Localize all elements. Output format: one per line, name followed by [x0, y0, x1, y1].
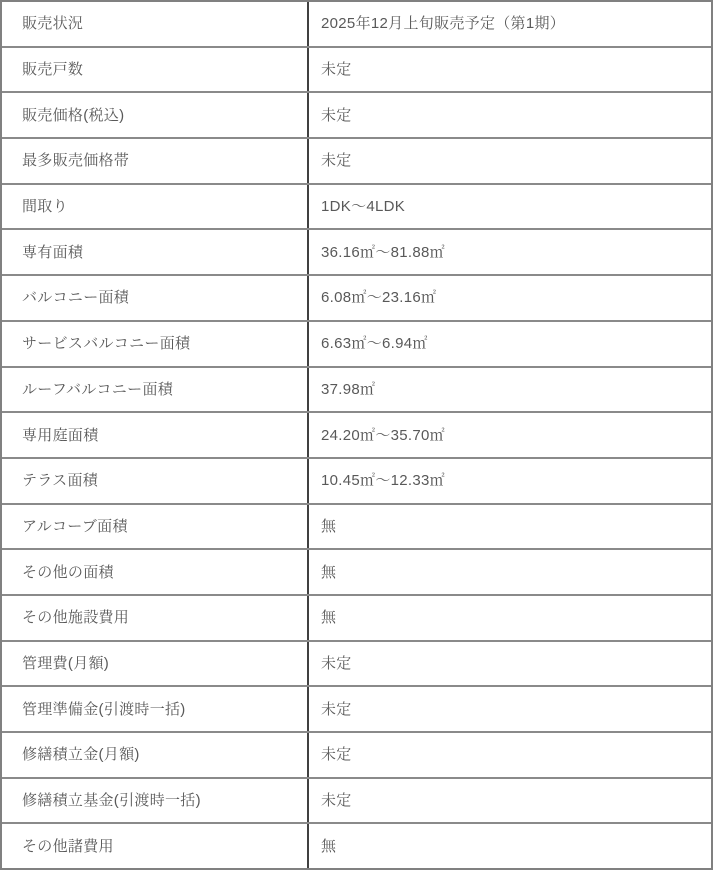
- row-label: ルーフバルコニー面積: [2, 368, 309, 412]
- table-row: ルーフバルコニー面積 37.98㎡: [2, 368, 711, 414]
- row-value: 1DK〜4LDK: [309, 185, 711, 229]
- table-row: その他諸費用 無: [2, 824, 711, 868]
- table-row: その他施設費用 無: [2, 596, 711, 642]
- row-label: 管理費(月額): [2, 642, 309, 686]
- row-label: その他諸費用: [2, 824, 309, 868]
- row-label: 専用庭面積: [2, 413, 309, 457]
- table-row: テラス面積 10.45㎡〜12.33㎡: [2, 459, 711, 505]
- row-value: 6.08㎡〜23.16㎡: [309, 276, 711, 320]
- row-label: 最多販売価格帯: [2, 139, 309, 183]
- table-row: 管理準備金(引渡時一括) 未定: [2, 687, 711, 733]
- table-row: アルコーブ面積 無: [2, 505, 711, 551]
- row-value: 2025年12月上旬販売予定（第1期）: [309, 2, 711, 46]
- row-value: 未定: [309, 642, 711, 686]
- row-value: 未定: [309, 687, 711, 731]
- table-row: 販売戸数 未定: [2, 48, 711, 94]
- row-value: 未定: [309, 93, 711, 137]
- property-sales-spec-table: 販売状況 2025年12月上旬販売予定（第1期） 販売戸数 未定 販売価格(税込…: [0, 0, 713, 870]
- row-label: 管理準備金(引渡時一括): [2, 687, 309, 731]
- table-row: 修繕積立基金(引渡時一括) 未定: [2, 779, 711, 825]
- row-label: サービスバルコニー面積: [2, 322, 309, 366]
- table-row: 最多販売価格帯 未定: [2, 139, 711, 185]
- row-label: 専有面積: [2, 230, 309, 274]
- table-row: 販売状況 2025年12月上旬販売予定（第1期）: [2, 2, 711, 48]
- row-value: 24.20㎡〜35.70㎡: [309, 413, 711, 457]
- table-row: 専有面積 36.16㎡〜81.88㎡: [2, 230, 711, 276]
- table-row: サービスバルコニー面積 6.63㎡〜6.94㎡: [2, 322, 711, 368]
- row-value: 無: [309, 824, 711, 868]
- row-label: 修繕積立金(月額): [2, 733, 309, 777]
- table-row: 販売価格(税込) 未定: [2, 93, 711, 139]
- row-value: 無: [309, 505, 711, 549]
- row-label: その他の面積: [2, 550, 309, 594]
- row-label: 間取り: [2, 185, 309, 229]
- row-label: 販売状況: [2, 2, 309, 46]
- table-row: 修繕積立金(月額) 未定: [2, 733, 711, 779]
- row-value: 未定: [309, 139, 711, 183]
- row-label: バルコニー面積: [2, 276, 309, 320]
- row-value: 未定: [309, 733, 711, 777]
- table-row: 専用庭面積 24.20㎡〜35.70㎡: [2, 413, 711, 459]
- table-row: 管理費(月額) 未定: [2, 642, 711, 688]
- table-row: 間取り 1DK〜4LDK: [2, 185, 711, 231]
- row-value: 36.16㎡〜81.88㎡: [309, 230, 711, 274]
- row-label: テラス面積: [2, 459, 309, 503]
- row-label: 販売価格(税込): [2, 93, 309, 137]
- row-value: 6.63㎡〜6.94㎡: [309, 322, 711, 366]
- row-label: アルコーブ面積: [2, 505, 309, 549]
- table-row: その他の面積 無: [2, 550, 711, 596]
- table-row: バルコニー面積 6.08㎡〜23.16㎡: [2, 276, 711, 322]
- row-value: 無: [309, 596, 711, 640]
- row-value: 10.45㎡〜12.33㎡: [309, 459, 711, 503]
- row-value: 未定: [309, 48, 711, 92]
- row-value: 37.98㎡: [309, 368, 711, 412]
- row-label: その他施設費用: [2, 596, 309, 640]
- row-value: 未定: [309, 779, 711, 823]
- row-label: 修繕積立基金(引渡時一括): [2, 779, 309, 823]
- row-value: 無: [309, 550, 711, 594]
- row-label: 販売戸数: [2, 48, 309, 92]
